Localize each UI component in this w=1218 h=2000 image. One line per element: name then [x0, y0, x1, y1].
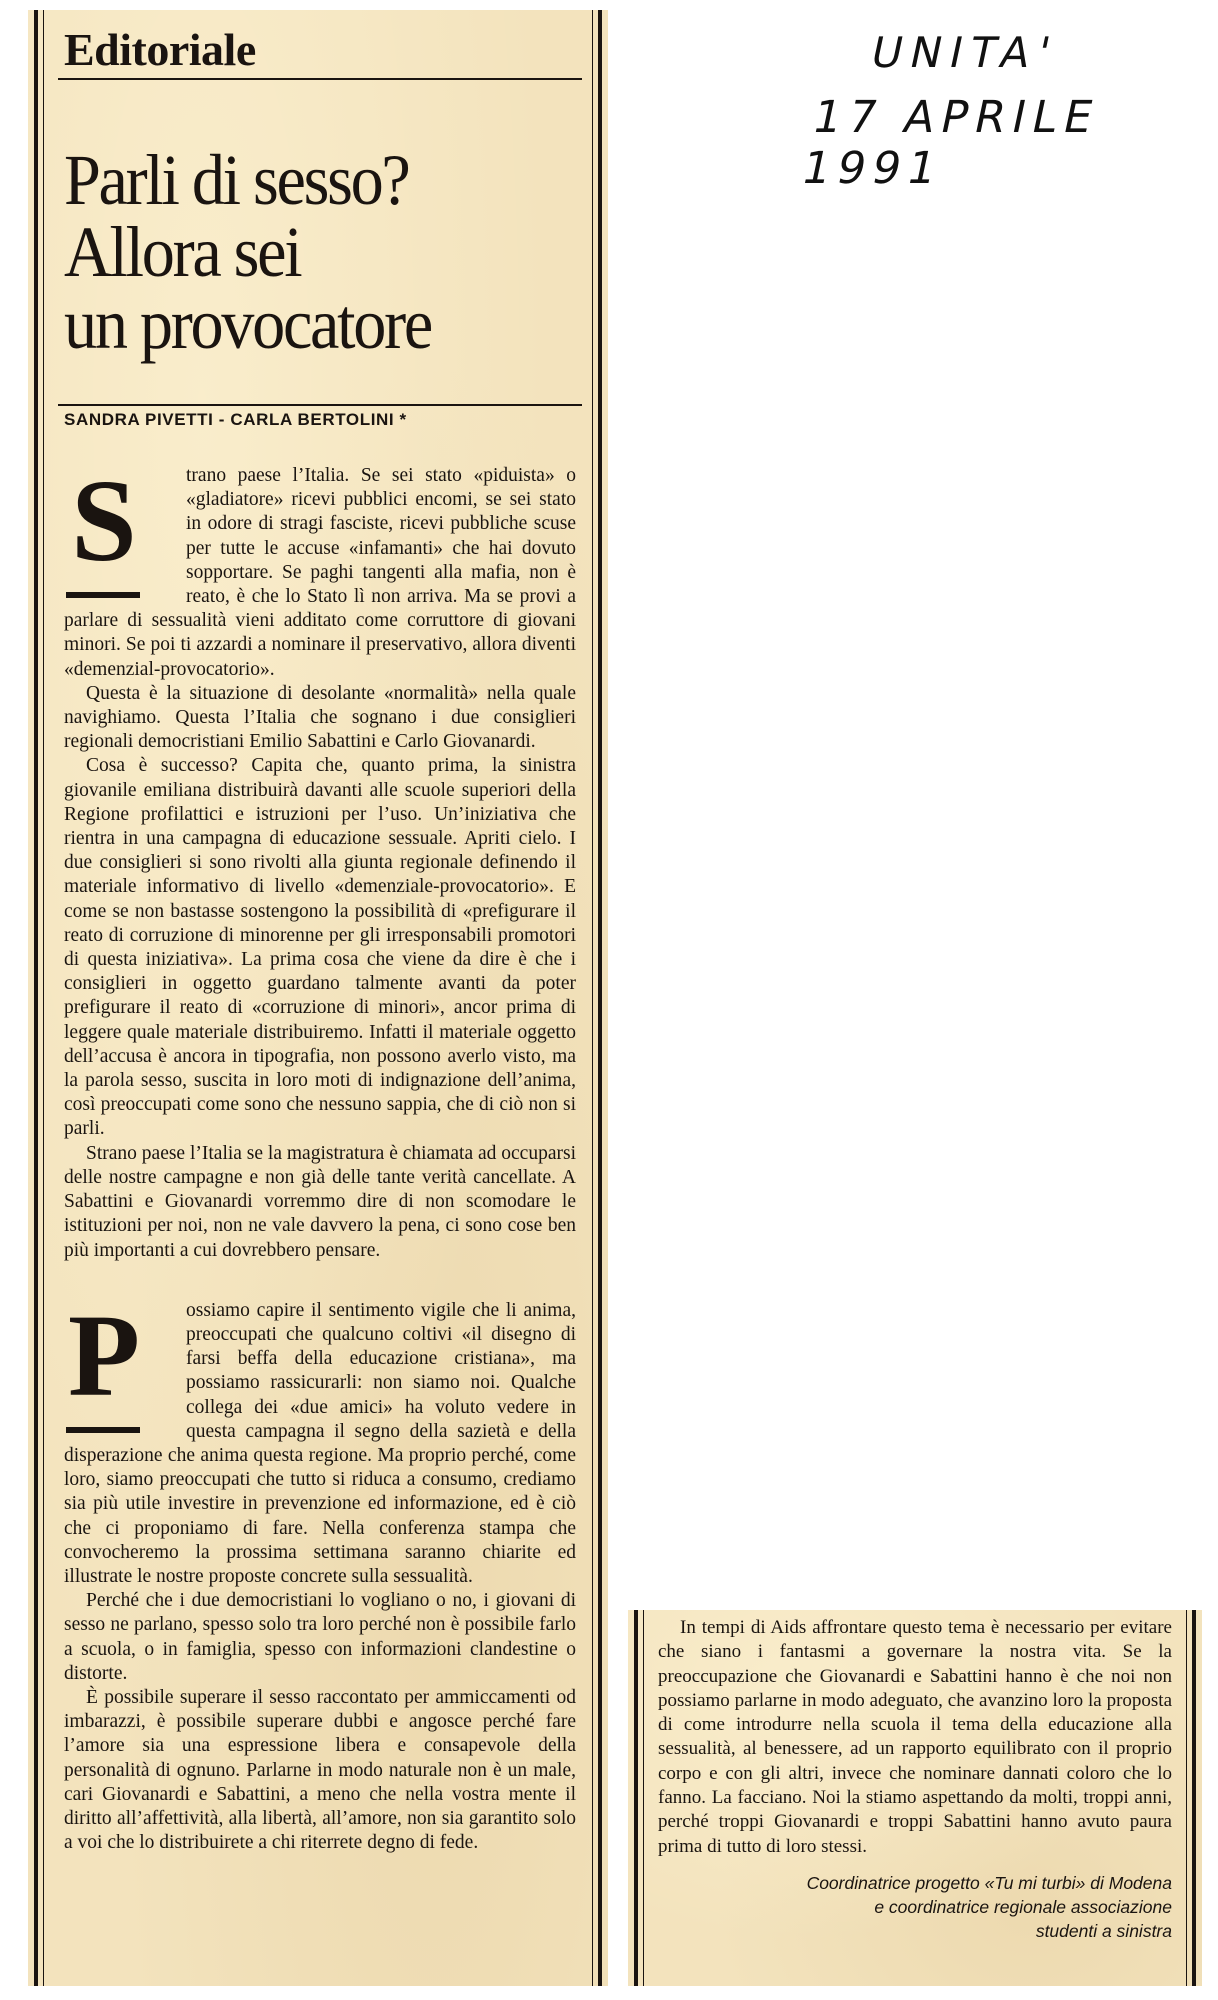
section-label: Editoriale: [58, 22, 582, 80]
dropcap-underline: [66, 1427, 140, 1433]
dropcap-underline: [66, 592, 140, 598]
dropcap-block: P: [64, 1299, 182, 1443]
signature-line: Coordinatrice progetto «Tu mi turbi» di …: [652, 1871, 1172, 1895]
article-clipping-continuation: In tempi di Aids affrontare questo tema …: [628, 1610, 1202, 1986]
dropcap-letter: P: [64, 1301, 144, 1411]
headline-line: un provocatore: [64, 288, 541, 360]
handwritten-date: 17 APRILE 1991: [797, 92, 1218, 194]
signature-line: e coordinatrice regionale associazione: [652, 1895, 1172, 1919]
article-body-part-1: S trano paese l’Italia. Se sei stato «pi…: [58, 464, 582, 1263]
headline-line: Allora sei: [64, 216, 541, 288]
continuation-body: In tempi di Aids affrontare questo tema …: [652, 1616, 1178, 1859]
paragraph: Questa è la situazione di desolante «nor…: [64, 682, 576, 755]
article-body-part-2: P ossiamo capire il sentimento vigile ch…: [58, 1299, 582, 1856]
column-rule-right: [1186, 1610, 1196, 1986]
paragraph: È possibile superare il sesso raccontato…: [64, 1686, 576, 1855]
byline: SANDRA PIVETTI - CARLA BERTOLINI *: [58, 410, 582, 430]
paragraph: Perché che i due democristiani lo voglia…: [64, 1589, 576, 1686]
paragraph: Cosa è successo? Capita che, quanto prim…: [64, 754, 576, 1141]
column-rule-right: [592, 10, 602, 1986]
paragraph: Strano paese l’Italia se la magistratura…: [64, 1142, 576, 1263]
headline: Parli di sesso? Allora sei un provocator…: [64, 144, 541, 360]
dropcap-block: S: [64, 464, 182, 608]
handwritten-newspaper-name: UNITA': [867, 28, 1063, 77]
dropcap-letter: S: [64, 466, 144, 576]
byline-bar: SANDRA PIVETTI - CARLA BERTOLINI *: [58, 404, 582, 430]
headline-line: Parli di sesso?: [64, 144, 541, 216]
article-clipping-main: Editoriale Parli di sesso? Allora sei un…: [28, 10, 608, 1986]
paragraph: In tempi di Aids affrontare questo tema …: [658, 1616, 1172, 1859]
column-rule-left: [634, 1610, 644, 1986]
author-signature: Coordinatrice progetto «Tu mi turbi» di …: [652, 1871, 1178, 1943]
column-rule-left: [34, 10, 44, 1986]
signature-line: studenti a sinistra: [652, 1919, 1172, 1943]
